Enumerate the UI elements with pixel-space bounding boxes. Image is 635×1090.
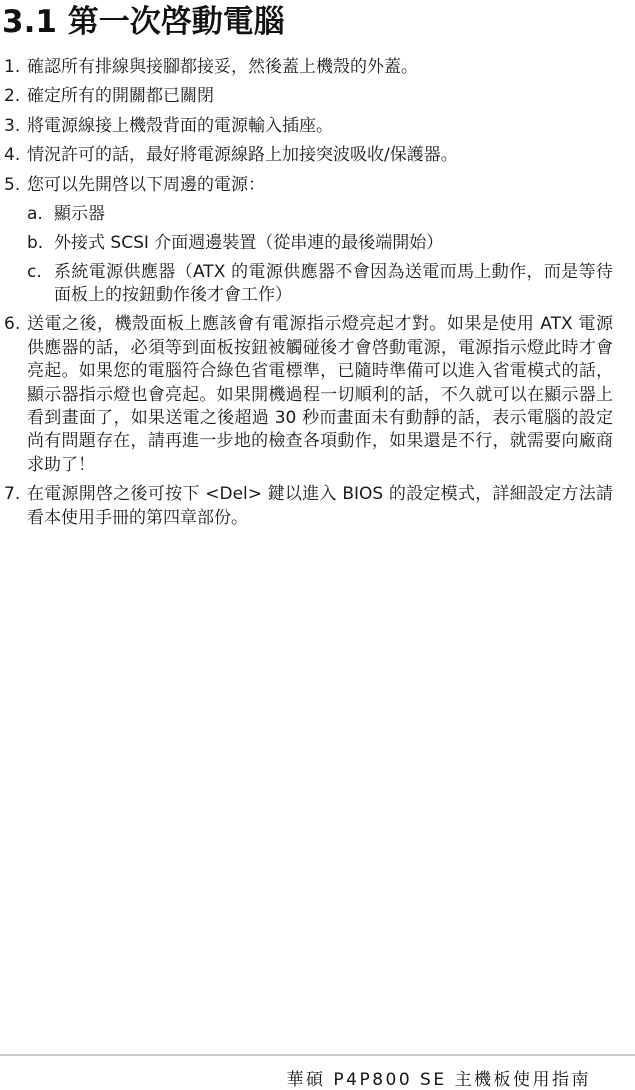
step-number: 3. — [4, 115, 27, 138]
sub-step-item-b: b. 外接式 SCSI 介面週邊裝置（從串連的最後端開始） — [27, 232, 613, 255]
step-number: 5. — [4, 174, 27, 308]
step-text: 確定所有的開關都已關閉 — [27, 86, 214, 106]
steps-list: 1. 確認所有排線與接腳都接妥，然後蓋上機殼的外蓋。 2. 確定所有的開關都已關… — [0, 41, 635, 530]
step-number: 6. — [4, 313, 27, 477]
step-item-4: 4. 情況許可的話，最好將電源線路上加接突波吸收/保護器。 — [4, 144, 613, 167]
sub-steps-list: 您可以先開啓以下周邊的電源： a. 顯示器 b. 外接式 SCSI 介面週邊裝置… — [27, 174, 613, 308]
manual-page: 3.1 第一次啓動電腦 1. 確認所有排線與接腳都接妥，然後蓋上機殼的外蓋。 2… — [0, 0, 635, 1090]
step-item-6: 6. 送電之後，機殼面板上應該會有電源指示燈亮起才對。如果是使用 ATX 電源供… — [4, 313, 613, 477]
page-footer: 華碩 P4P800 SE 主機板使用指南 — [0, 1054, 635, 1090]
step-text: 您可以先開啓以下周邊的電源： — [27, 175, 265, 195]
step-item-3: 3. 將電源線接上機殼背面的電源輸入插座。 — [4, 115, 613, 138]
step-number: 2. — [4, 85, 27, 108]
step-item-1: 1. 確認所有排線與接腳都接妥，然後蓋上機殼的外蓋。 — [4, 56, 613, 79]
step-text: 確認所有排線與接腳都接妥，然後蓋上機殼的外蓋。 — [27, 57, 418, 77]
sub-step-text: 系統電源供應器（ATX 的電源供應器不會因為送電而馬上動作，而是等待面板上的按鈕… — [54, 262, 613, 305]
sub-step-item-c: c. 系統電源供應器（ATX 的電源供應器不會因為送電而馬上動作，而是等待面板上… — [27, 261, 613, 308]
step-number: 7. — [4, 483, 27, 530]
step-item-5: 5. 您可以先開啓以下周邊的電源： a. 顯示器 b. 外接式 SCSI 介面週… — [4, 174, 613, 308]
step-text: 將電源線接上機殼背面的電源輸入插座。 — [27, 116, 333, 136]
step-number: 4. — [4, 144, 27, 167]
footer-manual-title: 華碩 P4P800 SE 主機板使用指南 — [0, 1056, 635, 1090]
step-text: 情況許可的話，最好將電源線路上加接突波吸收/保護器。 — [27, 145, 458, 165]
section-title: 3.1 第一次啓動電腦 — [0, 0, 635, 41]
sub-step-letter: b. — [27, 232, 54, 255]
step-text: 在電源開啓之後可按下 <Del> 鍵以進入 BIOS 的設定模式，詳細設定方法請… — [27, 484, 613, 527]
sub-step-text: 外接式 SCSI 介面週邊裝置（從串連的最後端開始） — [54, 233, 443, 253]
sub-step-letter: c. — [27, 261, 54, 308]
step-item-2: 2. 確定所有的開關都已關閉 — [4, 85, 613, 108]
sub-step-item-a: a. 顯示器 — [27, 203, 613, 226]
step-item-7: 7. 在電源開啓之後可按下 <Del> 鍵以進入 BIOS 的設定模式，詳細設定… — [4, 483, 613, 530]
step-number: 1. — [4, 56, 27, 79]
sub-step-text: 顯示器 — [54, 204, 105, 224]
step-text: 送電之後，機殼面板上應該會有電源指示燈亮起才對。如果是使用 ATX 電源供應器的… — [27, 314, 613, 474]
sub-step-letter: a. — [27, 203, 54, 226]
